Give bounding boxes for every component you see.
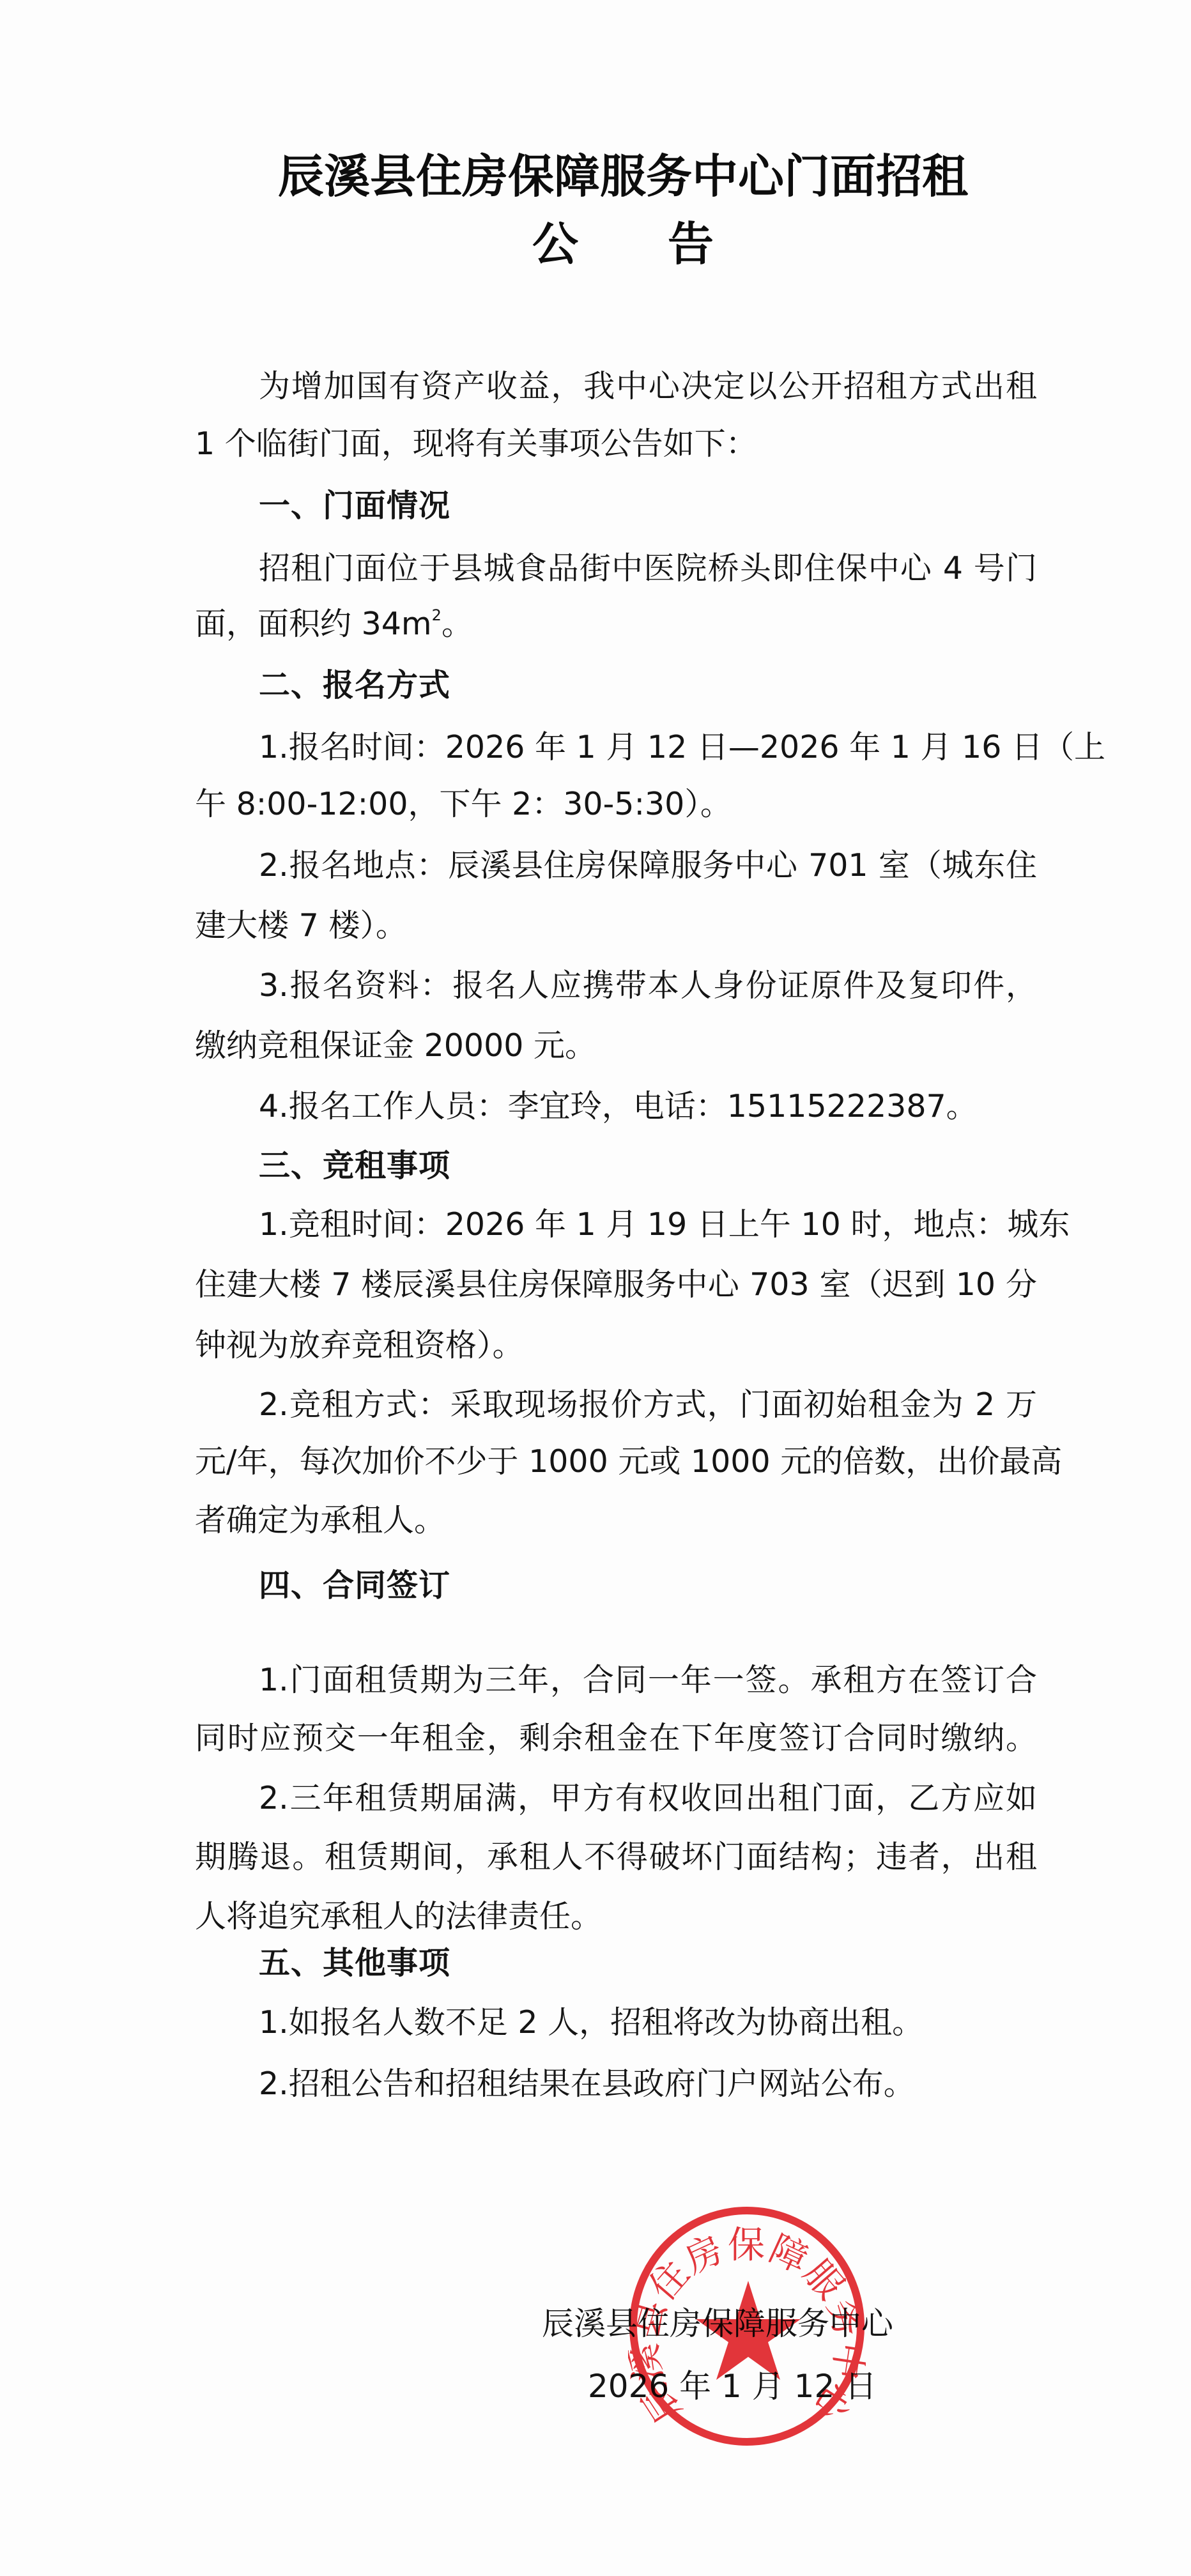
paragraph-line: 钟视为放弃竞租资格）。 bbox=[195, 1326, 1037, 1365]
paragraph-line: 人将追究承租人的法律责任。 bbox=[195, 1897, 1037, 1936]
section-heading-4: 四、合同签订 bbox=[259, 1567, 1037, 1605]
signature-organization: 辰溪县住房保障服务中心 bbox=[542, 2304, 890, 2343]
paragraph-line: 1.如报名人数不足 2 人，招租将改为协商出租。 bbox=[259, 2004, 1037, 2042]
paragraph-line: 招租门面位于县城食品街中医院桥头即住保中心 4 号门 bbox=[259, 549, 1037, 588]
paragraph-line: 2.招租公告和招租结果在县政府门户网站公布。 bbox=[259, 2065, 1037, 2103]
paragraph-line: 1.报名时间：2026 年 1 月 12 日—2026 年 1 月 16 日（上 bbox=[259, 728, 1037, 767]
notice-title: 辰溪县住房保障服务中心门面招租 bbox=[0, 151, 1191, 202]
paragraph-line: 期腾退。租赁期间，承租人不得破坏门面结构；违者，出租 bbox=[195, 1838, 1037, 1876]
paragraph-line: 2.竞租方式：采取现场报价方式，门面初始租金为 2 万 bbox=[259, 1386, 1037, 1424]
area-superscript: 2 bbox=[432, 606, 442, 624]
paragraph-line: 面，面积约 34m2。 bbox=[195, 605, 1037, 643]
section-heading-3: 三、竞租事项 bbox=[259, 1147, 1037, 1185]
intro-line-2: 1 个临街门面，现将有关事项公告如下： bbox=[195, 425, 1037, 463]
paragraph-line: 元/年，每次加价不少于 1000 元或 1000 元的倍数，出价最高 bbox=[195, 1443, 1037, 1481]
paragraph-line: 2.报名地点：辰溪县住房保障服务中心 701 室（城东住 bbox=[259, 847, 1037, 885]
subtitle-char: 告 bbox=[668, 218, 714, 270]
notice-subtitle: 公告 bbox=[0, 218, 1191, 270]
paragraph-line: 午 8:00-12:00，下午 2：30-5:30）。 bbox=[195, 785, 1037, 824]
paragraph-line: 者确定为承租人。 bbox=[195, 1501, 1037, 1540]
section-heading-2: 二、报名方式 bbox=[259, 666, 1037, 705]
area-text: 面，面积约 34m bbox=[195, 606, 432, 642]
section-heading-1: 一、门面情况 bbox=[259, 487, 1037, 525]
intro-line-1: 为增加国有资产收益，我中心决定以公开招租方式出租 bbox=[259, 367, 1037, 406]
paragraph-line: 1.竞租时间：2026 年 1 月 19 日上午 10 时，地点：城东 bbox=[259, 1206, 1037, 1244]
paragraph-line: 3.报名资料：报名人应携带本人身份证原件及复印件， bbox=[259, 967, 1037, 1005]
subtitle-char: 公 bbox=[532, 218, 578, 270]
paragraph-line: 建大楼 7 楼）。 bbox=[195, 907, 1037, 945]
paragraph-line: 2.三年租赁期届满，甲方有权收回出租门面，乙方应如 bbox=[259, 1779, 1037, 1818]
paragraph-line: 1.门面租赁期为三年，合同一年一签。承租方在签订合 bbox=[259, 1661, 1037, 1699]
signature-date: 2026 年 1 月 12 日 bbox=[588, 2367, 834, 2405]
area-tail: 。 bbox=[442, 606, 473, 642]
paragraph-line: 4.报名工作人员：李宜玲，电话：15115222387。 bbox=[259, 1087, 1037, 1126]
paragraph-line: 缴纳竞租保证金 20000 元。 bbox=[195, 1027, 1037, 1065]
paragraph-line: 同时应预交一年租金，剩余租金在下年度签订合同时缴纳。 bbox=[195, 1719, 1037, 1758]
paragraph-line: 住建大楼 7 楼辰溪县住房保障服务中心 703 室（迟到 10 分 bbox=[195, 1266, 1037, 1304]
section-heading-5: 五、其他事项 bbox=[259, 1944, 1037, 1982]
